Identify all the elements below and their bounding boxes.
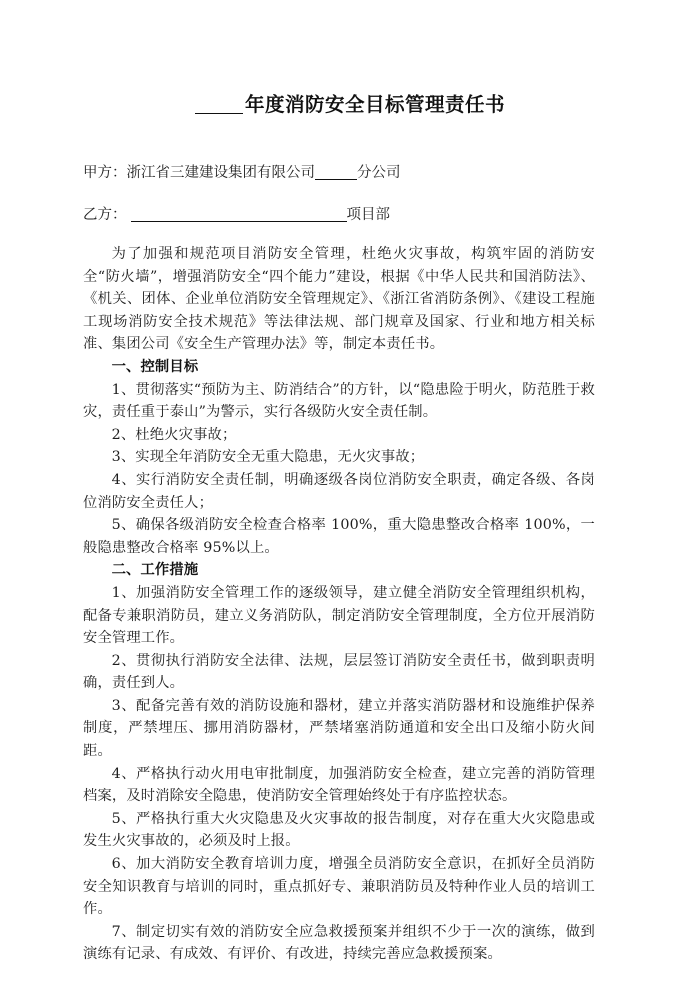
list-item: 4、严格执行动火用电审批制度，加强消防安全检查，建立完善的消防管理档案，及时消除… [83,763,595,808]
list-item: 3、配备完善有效的消防设施和器材，建立并落实消防器材和设施维护保养制度，严禁埋压… [83,695,595,763]
document-body: 为了加强和规范项目消防安全管理，杜绝火灾事故，构筑牢固的消防安全“防火墙”，增强… [83,243,595,966]
party-b-suffix: 项目部 [347,207,391,223]
document-page: 年度消防安全目标管理责任书 甲方：浙江省三建建设集团有限公司分公司 乙方：项目部… [0,0,700,990]
year-blank-line [195,95,243,114]
project-blank-line [131,207,347,222]
party-a-line: 甲方：浙江省三建建设集团有限公司分公司 [83,161,401,182]
list-item: 4、实行消防安全责任制，明确逐级各岗位消防安全职责，确定各级、各岗位消防安全责任… [83,469,595,514]
list-item: 5、确保各级消防安全检查合格率 100%，重大隐患整改合格率 100%，一般隐患… [83,514,595,559]
list-item: 2、杜绝火灾事故； [83,424,595,447]
title-text: 年度消防安全目标管理责任书 [245,93,505,116]
section-heading-control-goals: 一、控制目标 [83,356,595,379]
party-b-label: 乙方： [83,207,127,223]
party-a-company: 浙江省三建建设集团有限公司 [127,165,316,181]
party-a-suffix: 分公司 [357,165,401,181]
branch-blank-line [315,165,357,180]
list-item: 1、贯彻落实“预防为主、防消结合”的方针，以“隐患险于明火，防范胜于救灾，责任重… [83,379,595,424]
section-heading-work-measures: 二、工作措施 [83,559,595,582]
list-item: 2、贯彻执行消防安全法律、法规，层层签订消防安全责任书，做到职责明确，责任到人。 [83,650,595,695]
party-a-label: 甲方： [83,165,127,181]
preamble-paragraph: 为了加强和规范项目消防安全管理，杜绝火灾事故，构筑牢固的消防安全“防火墙”，增强… [83,243,595,356]
list-item: 3、实现全年消防安全无重大隐患，无火灾事故； [83,446,595,469]
document-title: 年度消防安全目标管理责任书 [0,89,700,117]
list-item: 7、制定切实有效的消防安全应急救援预案并组织不少于一次的演练，做到演练有记录、有… [83,921,595,966]
list-item: 1、加强消防安全管理工作的逐级领导，建立健全消防安全管理组织机构，配备专兼职消防… [83,582,595,650]
list-item: 6、加大消防安全教育培训力度，增强全员消防安全意识，在抓好全员消防安全知识教育与… [83,853,595,921]
list-item: 5、严格执行重大火灾隐患及火灾事故的报告制度，对存在重大火灾隐患或发生火灾事故的… [83,808,595,853]
party-b-line: 乙方：项目部 [83,203,390,224]
